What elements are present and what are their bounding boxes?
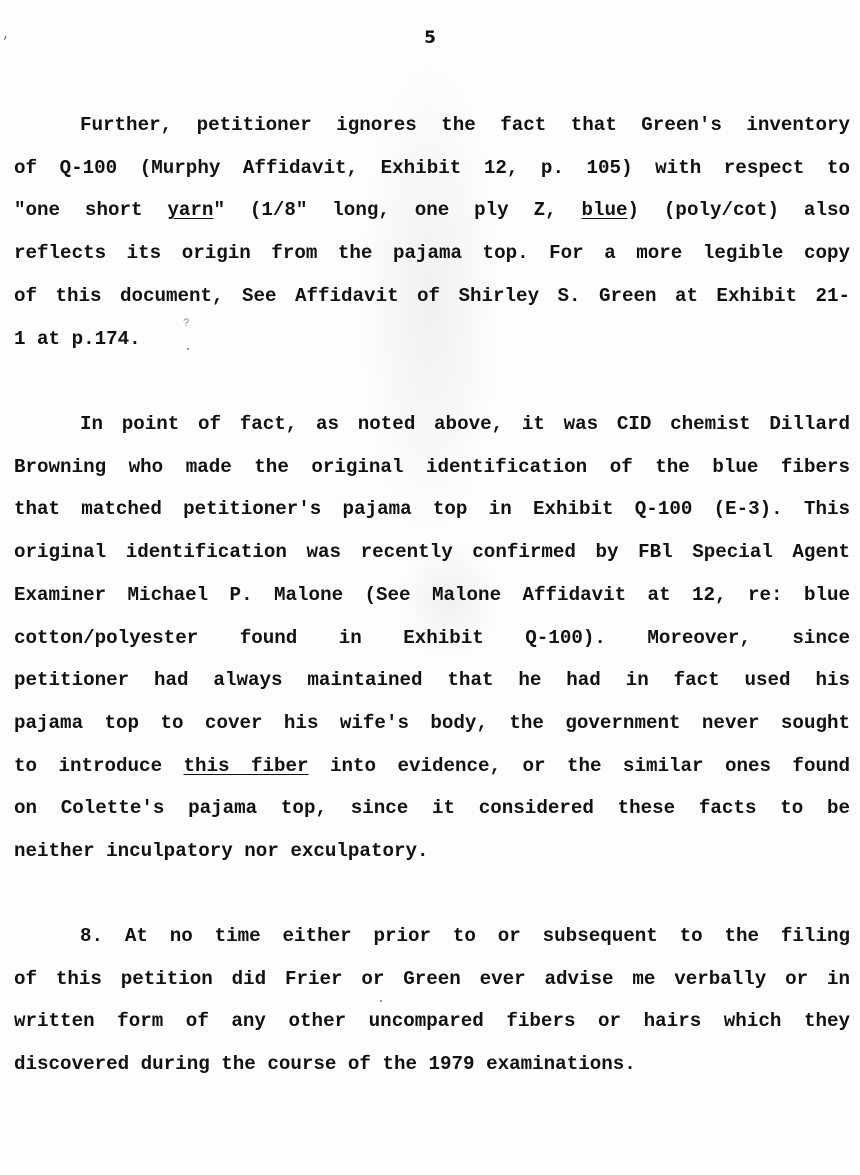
paragraph-2-line: cotton/polyester found in Exhibit Q-100)… bbox=[14, 626, 850, 650]
underlined-text: this fiber bbox=[184, 755, 309, 777]
underlined-text: blue bbox=[581, 199, 627, 221]
document-page: ‚ ? 5 Further, petitioner ignores the fa… bbox=[0, 0, 860, 1175]
paragraph-1-line: of Q-100 (Murphy Affidavit, Exhibit 12, … bbox=[14, 156, 850, 180]
underlined-text: yarn bbox=[167, 199, 213, 221]
paragraph-1-line: Further, petitioner ignores the fact tha… bbox=[80, 113, 850, 137]
speck bbox=[380, 1000, 382, 1002]
paragraph-2-line: Examiner Michael P. Malone (See Malone A… bbox=[14, 583, 850, 607]
paragraph-1-line: reflects its origin from the pajama top.… bbox=[14, 241, 850, 265]
paragraph-2-line: on Colette's pajama top, since it consid… bbox=[14, 796, 850, 820]
paragraph-2-line: original identification was recently con… bbox=[14, 540, 850, 564]
paragraph-3-line: discovered during the course of the 1979… bbox=[14, 1052, 850, 1076]
paragraph-2-line: petitioner had always maintained that he… bbox=[14, 668, 850, 692]
paragraph-2-line: neither inculpatory nor exculpatory. bbox=[14, 839, 850, 863]
paragraph-1-line: "one short yarn" (1/8" long, one ply Z, … bbox=[14, 198, 850, 222]
paragraph-3-line: written form of any other uncompared fib… bbox=[14, 1009, 850, 1033]
paragraph-2-line: pajama top to cover his wife's body, the… bbox=[14, 711, 850, 735]
paragraph-3-line: of this petition did Frier or Green ever… bbox=[14, 967, 850, 991]
paragraph-2-line: In point of fact, as noted above, it was… bbox=[80, 412, 850, 436]
paragraph-2-line: that matched petitioner's pajama top in … bbox=[14, 497, 850, 521]
paragraph-3-line: 8. At no time either prior to or subsequ… bbox=[80, 924, 850, 948]
paragraph-1-line: 1 at p.174. bbox=[14, 327, 850, 351]
paragraph-2-line: to introduce this fiber into evidence, o… bbox=[14, 754, 850, 778]
paragraph-2-line: Browning who made the original identific… bbox=[14, 455, 850, 479]
page-number: 5 bbox=[0, 28, 860, 48]
paragraph-1-line: of this document, See Affidavit of Shirl… bbox=[14, 284, 850, 308]
